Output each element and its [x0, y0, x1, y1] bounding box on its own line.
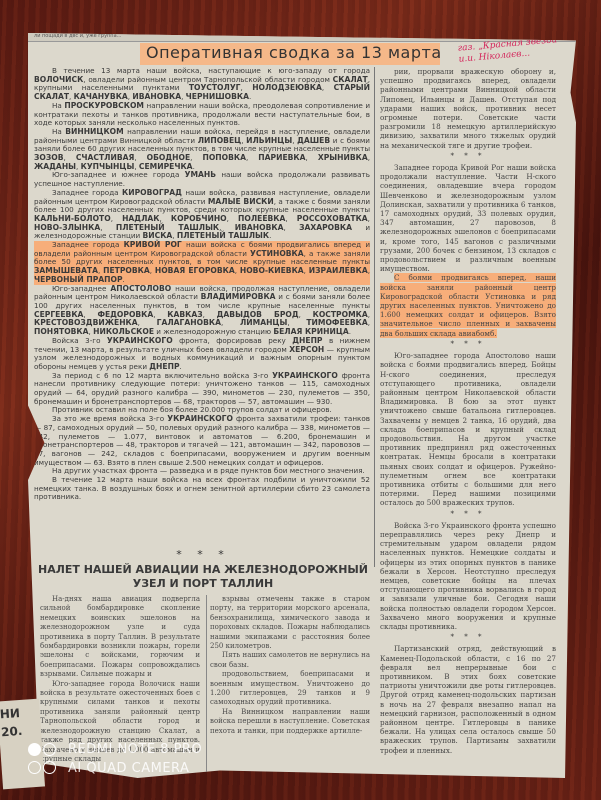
paragraph-separator-stars: * * * — [380, 340, 556, 349]
sub-article-paragraph: продовольствием, боеприпасами и военным … — [210, 670, 370, 708]
report-paragraph: Войска 3-го УКРАИНСКОГО фронта, форсиров… — [34, 337, 370, 372]
section-separator-stars: * * * — [38, 548, 368, 561]
sub-article-column-a: На-днях наша авиация подвергла сильной б… — [40, 595, 200, 764]
right-column-paragraph: С боями продвигаясь вперед, наши войска … — [380, 273, 556, 337]
headline: Оперативная сводка за 13 марта — [146, 43, 442, 62]
report-paragraph: В течение 12 марта наши войска на всех ф… — [34, 476, 370, 502]
report-paragraph: На ПРОСКУРОВСКОМ направлении наши войска… — [34, 102, 370, 128]
scrap-text-line2: 20. — [1, 721, 40, 742]
sub-column-divider — [206, 595, 207, 775]
sub-article-title-line1: НАЛЕТ НАШЕЙ АВИАЦИИ НА ЖЕЛЕЗНОДОРОЖНЫЙ — [38, 563, 368, 577]
report-paragraph: На ВИННИЦКОМ направлении наши войска, пе… — [34, 128, 370, 172]
column-divider — [374, 67, 375, 567]
paragraph-separator-stars: * * * — [380, 152, 556, 161]
sub-article-paragraph: взрывы отмечены также в старом порту, на… — [210, 595, 370, 651]
right-column-paragraph: Войска 3-го Украинского фронта успешно п… — [380, 521, 556, 631]
report-paragraph: Западнее города КРИВОЙ РОГ наши войска с… — [34, 241, 370, 285]
right-column-paragraph: Партизанский отряд, действующий в Камене… — [380, 644, 556, 754]
main-report-column: В течение 13 марта наши войска, наступаю… — [34, 67, 370, 502]
sub-article-paragraph: На Винницком направлении наши войска пер… — [210, 708, 370, 736]
watermark-line1: REDMI NOTE 8 PRO — [68, 740, 202, 759]
sub-article-title: НАЛЕТ НАШЕЙ АВИАЦИИ НА ЖЕЛЕЗНОДОРОЖНЫЙ У… — [38, 563, 368, 591]
sub-article-paragraph: Пять наших самолетов не вернулись на сво… — [210, 651, 370, 670]
right-report-column: рии, прорвали вражескую оборону и, успеш… — [380, 67, 556, 755]
watermark-line2: AI QUAD CAMERA — [68, 759, 202, 778]
camera-watermark: REDMI NOTE 8 PRO AI QUAD CAMERA — [28, 740, 202, 778]
right-column-paragraph: Юго-западнее города Апостолово наши войс… — [380, 351, 556, 507]
sub-article-title-line2: УЗЕЛ И ПОРТ ТАЛЛИН — [38, 577, 368, 591]
report-paragraph: Юго-западнее и южнее города УМАНЬ наши в… — [34, 171, 370, 188]
camera-logo-icon — [28, 741, 58, 777]
paragraph-separator-stars: * * * — [380, 510, 556, 519]
sub-article-paragraph: На-днях наша авиация подвергла сильной б… — [40, 595, 200, 680]
paragraph-separator-stars: * * * — [380, 633, 556, 642]
report-paragraph: В течение 13 марта наши войска, наступаю… — [34, 67, 370, 102]
right-column-paragraph: Западнее города Кривой Рог наши войска п… — [380, 163, 556, 273]
sub-article-column-b: взрывы отмечены также в старом порту, на… — [210, 595, 370, 736]
report-paragraph: Западнее города КИРОВОГРАД наши войска, … — [34, 189, 370, 241]
report-paragraph: Юго-западнее АПОСТОЛОВО наши войска, про… — [34, 285, 370, 337]
report-paragraph: За это же время войска 3-го УКРАИНСКОГО … — [34, 415, 370, 467]
newspaper-clipping: ли пощади в двс и, уже группа... Операти… — [28, 33, 576, 778]
report-paragraph: За период с 6 по 12 марта включительно в… — [34, 372, 370, 407]
right-column-paragraph: рии, прорвали вражескую оборону и, успеш… — [380, 67, 556, 150]
